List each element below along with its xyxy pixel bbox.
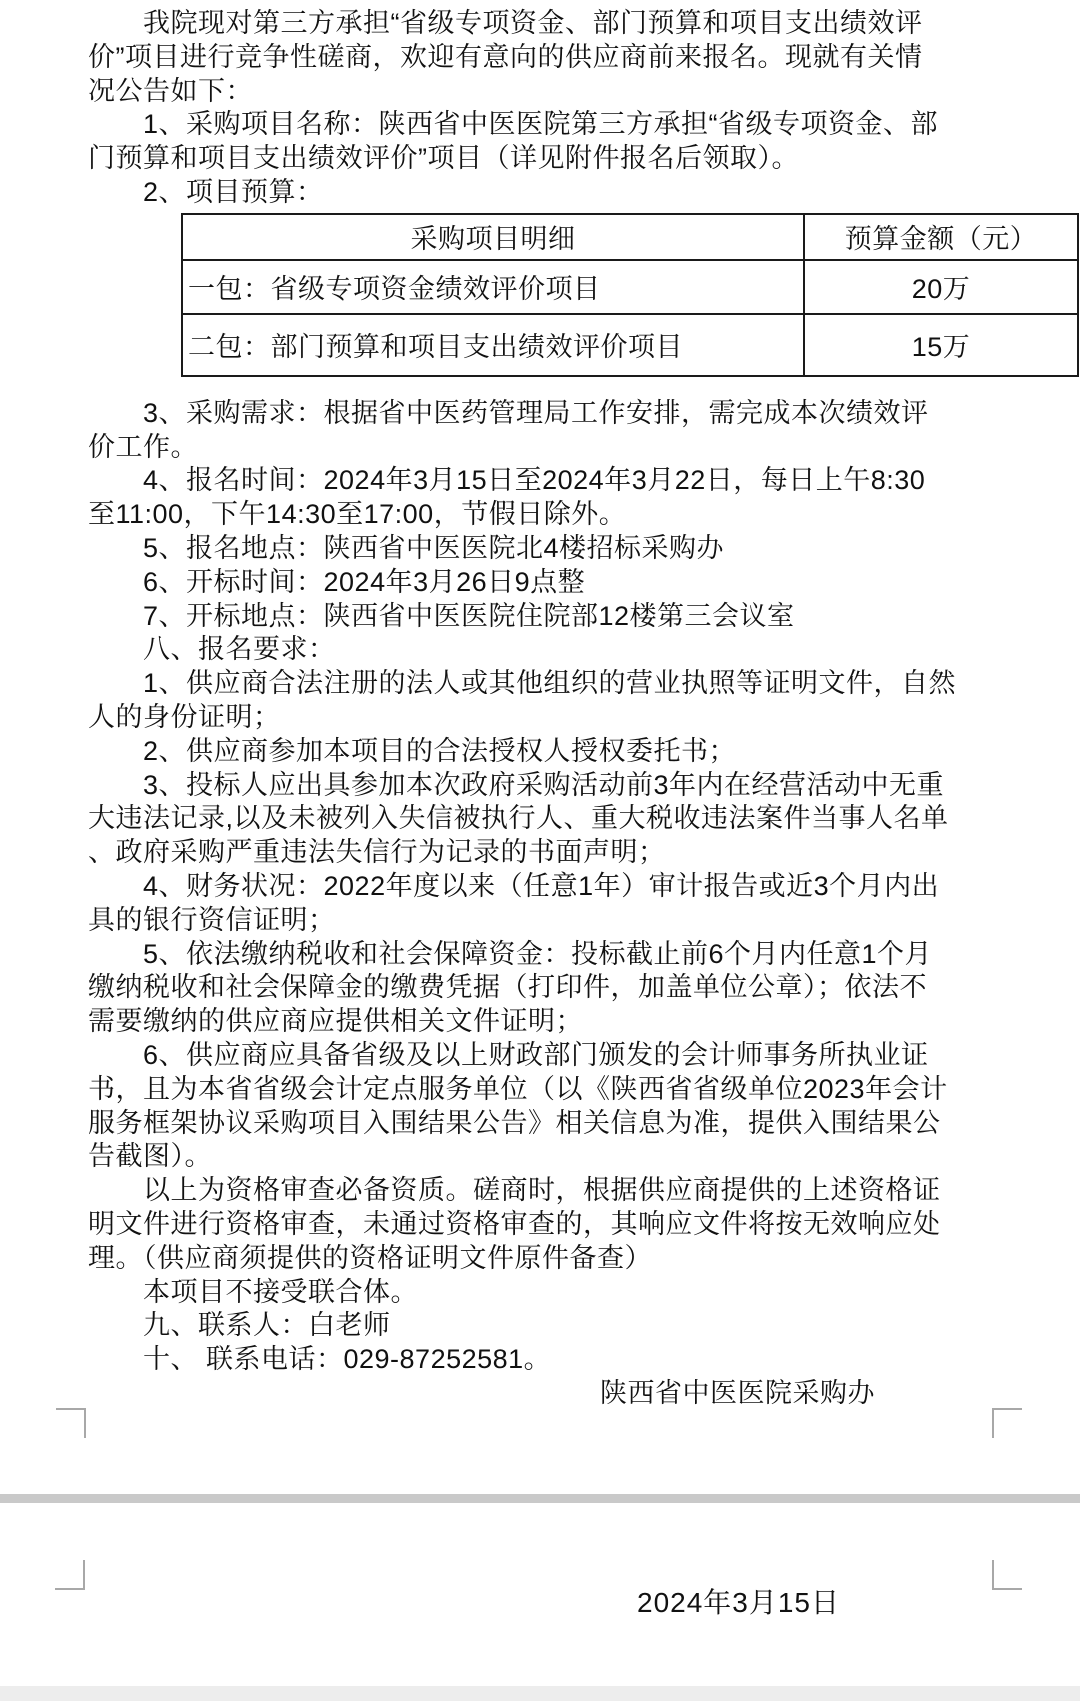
signature: 陕西省中医医院采购办: [88, 1377, 1080, 1411]
page1-bottom-left-margin-mark: [56, 1408, 86, 1438]
text-line: 3、投标人应出具参加本次政府采购活动前3年内在经营活动中无重: [88, 769, 1080, 803]
page2-top-left-margin-mark: [55, 1560, 85, 1590]
text-line: 1、采购项目名称：陕西省中医医院第三方承担“省级专项资金、部: [88, 108, 1080, 142]
table-header-budget-amount: 预算金额（元）: [804, 214, 1078, 260]
text-line: 价工作。: [88, 431, 1080, 465]
text-line: 6、供应商应具备省级及以上财政部门颁发的会计师事务所执业证: [88, 1039, 1080, 1073]
cell-budget-amount: 20万: [804, 260, 1078, 314]
cell-item-detail: 一包：省级专项资金绩效评价项目: [182, 260, 804, 314]
text-line: 7、开标地点：陕西省中医医院住院部12楼第三会议室: [88, 600, 1080, 634]
text-line: 八、报名要求：: [88, 633, 1080, 667]
cell-budget-amount: 15万: [804, 314, 1078, 376]
text-line: 理。（供应商须提供的资格证明文件原件备查）: [88, 1242, 1080, 1276]
text-line: 十、 联系电话：029-87252581。: [88, 1343, 1080, 1377]
text-line: 服务框架协议采购项目入围结果公告》相关信息为准，提供入围结果公: [88, 1107, 1080, 1141]
text-line: 以上为资格审查必备资质。磋商时，根据供应商提供的上述资格证: [88, 1174, 1080, 1208]
document-page-1: 我院现对第三方承担“省级专项资金、部门预算和项目支出绩效评价”项目进行竞争性磋商…: [0, 0, 1080, 1411]
text-line: 4、财务状况：2022年度以来（任意1年）审计报告或近3个月内出: [88, 870, 1080, 904]
table-header-item-detail: 采购项目明细: [182, 214, 804, 260]
text-line: 人的身份证明；: [88, 701, 1080, 735]
text-line: 门预算和项目支出绩效评价”项目（详见附件报名后领取）。: [88, 142, 1080, 176]
page-break-separator: [0, 1494, 1080, 1503]
page2-top-right-margin-mark: [992, 1560, 1022, 1590]
text-line: 3、采购需求：根据省中医药管理局工作安排，需完成本次绩效评: [88, 397, 1080, 431]
text-line: 明文件进行资格审查，未通过资格审查的，其响应文件将按无效响应处: [88, 1208, 1080, 1242]
budget-table-row: 一包：省级专项资金绩效评价项目20万: [182, 260, 1078, 314]
text-line: 本项目不接受联合体。: [88, 1276, 1080, 1310]
budget-table-header-row: 采购项目明细 预算金额（元）: [182, 214, 1078, 260]
intro-paragraphs: 我院现对第三方承担“省级专项资金、部门预算和项目支出绩效评价”项目进行竞争性磋商…: [88, 7, 1080, 210]
text-line: 5、依法缴纳税收和社会保障资金：投标截止前6个月内任意1个月: [88, 938, 1080, 972]
document-view: 我院现对第三方承担“省级专项资金、部门预算和项目支出绩效评价”项目进行竞争性磋商…: [0, 0, 1080, 1701]
text-line: 、政府采购严重违法失信行为记录的书面声明；: [88, 836, 1080, 870]
text-line: 况公告如下：: [88, 75, 1080, 109]
text-line: 5、报名地点：陕西省中医医院北4楼招标采购办: [88, 532, 1080, 566]
text-line: 告截图）。: [88, 1140, 1080, 1174]
text-line: 缴纳税收和社会保障金的缴费凭据（打印件，加盖单位公章）；依法不: [88, 971, 1080, 1005]
bottom-page-edge: [0, 1686, 1080, 1701]
budget-table: 采购项目明细 预算金额（元） 一包：省级专项资金绩效评价项目20万二包：部门预算…: [181, 213, 1079, 377]
document-date: 2024年3月15日: [637, 1588, 840, 1618]
text-line: 大违法记录,以及未被列入失信被执行人、重大税收违法案件当事人名单: [88, 802, 1080, 836]
text-line: 具的银行资信证明；: [88, 904, 1080, 938]
cell-item-detail: 二包：部门预算和项目支出绩效评价项目: [182, 314, 804, 376]
text-line: 我院现对第三方承担“省级专项资金、部门预算和项目支出绩效评: [88, 7, 1080, 41]
body-paragraphs: 3、采购需求：根据省中医药管理局工作安排，需完成本次绩效评价工作。4、报名时间：…: [88, 397, 1080, 1377]
text-line: 书，且为本省省级会计定点服务单位（以《陕西省省级单位2023年会计: [88, 1073, 1080, 1107]
budget-table-row: 二包：部门预算和项目支出绩效评价项目15万: [182, 314, 1078, 376]
text-line: 4、报名时间：2024年3月15日至2024年3月22日，每日上午8:30: [88, 464, 1080, 498]
text-line: 价”项目进行竞争性磋商，欢迎有意向的供应商前来报名。现就有关情: [88, 41, 1080, 75]
page1-bottom-right-margin-mark: [992, 1408, 1022, 1438]
text-line: 2、供应商参加本项目的合法授权人授权委托书；: [88, 735, 1080, 769]
text-line: 6、开标时间：2024年3月26日9点整: [88, 566, 1080, 600]
text-line: 2、项目预算：: [88, 176, 1080, 210]
text-line: 需要缴纳的供应商应提供相关文件证明；: [88, 1005, 1080, 1039]
text-line: 至11:00，下午14:30至17:00，节假日除外。: [88, 498, 1080, 532]
text-line: 1、供应商合法注册的法人或其他组织的营业执照等证明文件，自然: [88, 667, 1080, 701]
text-line: 九、联系人：白老师: [88, 1309, 1080, 1343]
